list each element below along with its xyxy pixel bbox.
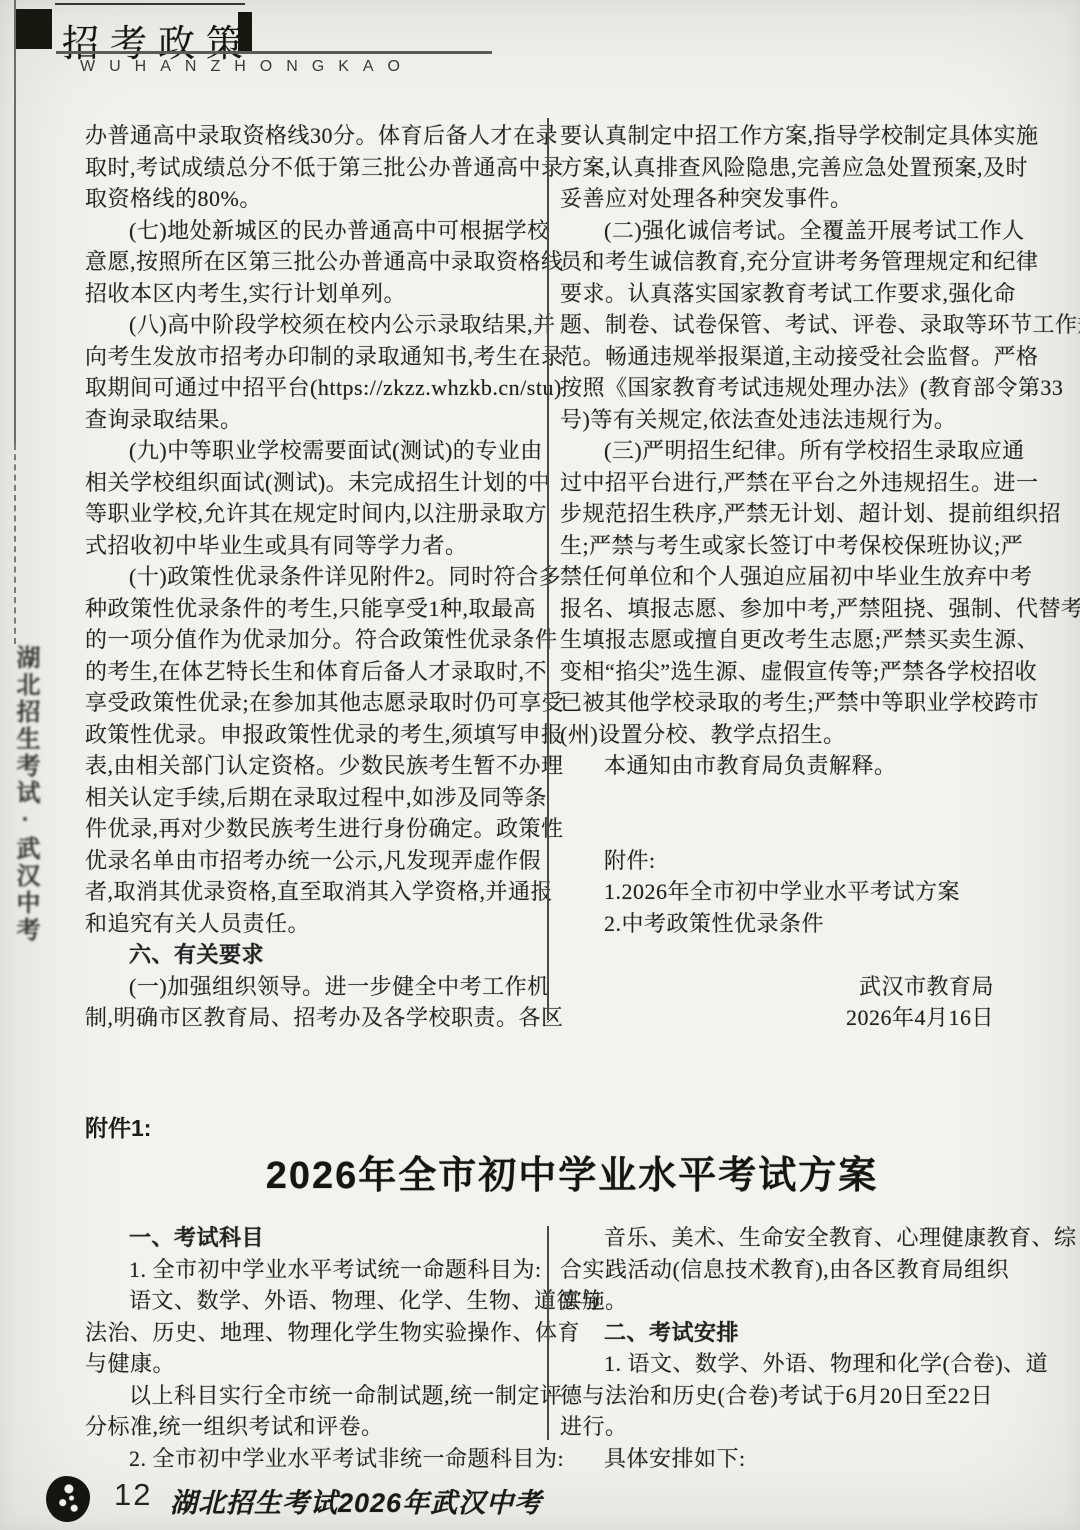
text-line: 妥善应对处理各种突发事件。 (560, 183, 1020, 215)
text-line: 合实践活动(信息技术教育),由各区教育局组织 (560, 1254, 1020, 1286)
text-line: 办普通高中录取资格线30分。体育后备人才在录 (85, 120, 545, 152)
text-line: 表,由相关部门认定资格。少数民族考生暂不办理 (85, 750, 545, 782)
journal-title: 湖北招生考试2026年武汉中考 (170, 1481, 542, 1520)
attachment-title: 2026年全市初中学业水平考试方案 (0, 1144, 1080, 1199)
text-line: 范。畅通违规举报渠道,主动接受社会监督。严格 (560, 341, 1020, 373)
scanned-document-page: 湖北招生考试·武汉中考 招考政策 WUHANZHONGKAO 办普通高中录取资格… (0, 0, 1080, 1530)
attachment-label: 附件1: (85, 1110, 151, 1143)
text-line: (十)政策性优录条件详见附件2。同时符合多 (85, 561, 545, 593)
text-line: 号)等有关规定,依法查处违法违规行为。 (560, 404, 1020, 436)
text-line: (三)严明招生纪律。所有学校招生录取应通 (560, 435, 1020, 467)
text-line: 与健康。 (85, 1348, 545, 1380)
text-line: 二、考试安排 (560, 1317, 1020, 1349)
text-line: 件优录,再对少数民族考生进行身份确定。政策性 (85, 813, 545, 845)
text-line: 变相“掐尖”选生源、虚假宣传等;严禁各学校招收 (560, 656, 1020, 688)
text-line: 查询录取结果。 (85, 404, 545, 436)
text-line: 享受政策性优录;在参加其他志愿录取时仍可享受 (85, 687, 545, 719)
text-line: 2026年4月16日 (560, 1002, 1020, 1034)
text-line (560, 782, 1020, 814)
text-line: 已被其他学校录取的考生;严禁中等职业学校跨市 (560, 687, 1020, 719)
text-line: 题、制卷、试卷保管、考试、评卷、录取等环节工作规 (560, 309, 1020, 341)
text-line: 员和考生诚信教育,充分宣讲考务管理规定和纪律 (560, 246, 1020, 278)
page-edge-dashed-line (14, 444, 16, 644)
text-line: 1.2026年全市初中学业水平考试方案 (560, 876, 1020, 908)
text-line: 具体安排如下: (560, 1443, 1020, 1475)
text-line: (九)中等职业学校需要面试(测试)的专业由 (85, 435, 545, 467)
text-line: (二)强化诚信考试。全覆盖开展考试工作人 (560, 215, 1020, 247)
text-line: 方案,认真排查风险隐患,完善应急处置预案,及时 (560, 152, 1020, 184)
text-line (560, 813, 1020, 845)
text-line: 附件: (560, 845, 1020, 877)
text-line: 过中招平台进行,严禁在平台之外违规招生。进一 (560, 467, 1020, 499)
text-line: 相关认定手续,后期在录取过程中,如涉及同等条 (85, 782, 545, 814)
header-accent-square (16, 9, 52, 49)
text-line: 意愿,按照所在区第三批公办普通高中录取资格线 (85, 246, 545, 278)
notice-left-column: 办普通高中录取资格线30分。体育后备人才在录取时,考试成绩总分不低于第三批公办普… (85, 120, 545, 1034)
sidebar-vertical-caption: 湖北招生考试·武汉中考 (3, 645, 43, 945)
text-line: 德与法治和历史(合卷)考试于6月20日至22日 (560, 1380, 1020, 1412)
notice-right-column: 要认真制定中招工作方案,指导学校制定具体实施方案,认真排查风险隐患,完善应急处置… (560, 120, 1020, 1034)
text-line: 一、考试科目 (85, 1222, 545, 1254)
text-line: 语文、数学、外语、物理、化学、生物、道德与 (85, 1285, 545, 1317)
header-underline-rule (56, 51, 492, 54)
text-line: (一)加强组织领导。进一步健全中考工作机 (85, 971, 545, 1003)
zodiac-seal-icon (46, 1476, 90, 1522)
text-line: 报名、填报志愿、参加中考,严禁阻挠、强制、代替考 (560, 593, 1020, 625)
text-line: 禁任何单位和个人强迫应届初中毕业生放弃中考 (560, 561, 1020, 593)
text-line: 取时,考试成绩总分不低于第三批公办普通高中录 (85, 152, 545, 184)
text-line: 音乐、美术、生命安全教育、心理健康教育、综 (560, 1222, 1020, 1254)
text-line: 要求。认真落实国家教育考试工作要求,强化命 (560, 278, 1020, 310)
text-line: 相关学校组织面试(测试)。未完成招生计划的中 (85, 467, 545, 499)
header-accent-bar (238, 12, 252, 54)
text-line: 法治、历史、地理、物理化学生物实验操作、体育 (85, 1317, 545, 1349)
text-line: 政策性优录。申报政策性优录的考生,须填写申报 (85, 719, 545, 751)
text-line: 要认真制定中招工作方案,指导学校制定具体实施 (560, 120, 1020, 152)
text-line: 式招收初中毕业生或具有同等学力者。 (85, 530, 545, 562)
text-line: 取期间可通过中招平台(https://zkzz.whzkb.cn/stu) (85, 372, 545, 404)
column-divider-lower (547, 1226, 549, 1440)
text-line: (七)地处新城区的民办普通高中可根据学校 (85, 215, 545, 247)
text-line: 步规范招生秩序,严禁无计划、超计划、提前组织招 (560, 498, 1020, 530)
column-divider-upper (547, 118, 549, 1020)
text-line: 的考生,在体艺特长生和体育后备人才录取时,不 (85, 656, 545, 688)
text-line: 按照《国家教育考试违规处理办法》(教育部令第33 (560, 372, 1020, 404)
text-line: 实施。 (560, 1285, 1020, 1317)
text-line: 1. 语文、数学、外语、物理和化学(合卷)、道 (560, 1348, 1020, 1380)
text-line: 取资格线的80%。 (85, 183, 545, 215)
text-line: 1. 全市初中学业水平考试统一命题科目为: (85, 1254, 545, 1286)
text-line: 种政策性优录条件的考生,只能享受1种,取最高 (85, 593, 545, 625)
page-number: 12 (114, 1477, 152, 1513)
text-line: 以上科目实行全市统一命制试题,统一制定评 (85, 1380, 545, 1412)
header-watermark-text: WUHANZHONGKAO (80, 58, 414, 76)
text-line: 者,取消其优录资格,直至取消其入学资格,并通报 (85, 876, 545, 908)
attachment-left-column: 一、考试科目1. 全市初中学业水平考试统一命题科目为:语文、数学、外语、物理、化… (85, 1222, 545, 1474)
text-line: 2.中考政策性优录条件 (560, 908, 1020, 940)
attachment-right-column: 音乐、美术、生命安全教育、心理健康教育、综合实践活动(信息技术教育),由各区教育… (560, 1222, 1020, 1474)
text-line: 的一项分值作为优录加分。符合政策性优录条件 (85, 624, 545, 656)
text-line: 六、有关要求 (85, 939, 545, 971)
text-line: 生;严禁与考生或家长签订中考保校保班协议;严 (560, 530, 1020, 562)
text-line: (八)高中阶段学校须在校内公示录取结果,并 (85, 309, 545, 341)
text-line: 进行。 (560, 1411, 1020, 1443)
text-line: 向考生发放市招考办印制的录取通知书,考生在录 (85, 341, 545, 373)
text-line: 武汉市教育局 (560, 971, 1020, 1003)
page-edge-line (14, 0, 16, 444)
text-line: 优录名单由市招考办统一公示,凡发现弄虚作假 (85, 845, 545, 877)
text-line: 本通知由市教育局负责解释。 (560, 750, 1020, 782)
text-line: (州)设置分校、教学点招生。 (560, 719, 1020, 751)
text-line: 生填报志愿或擅自更改考生志愿;严禁买卖生源、 (560, 624, 1020, 656)
text-line: 制,明确市区教育局、招考办及各学校职责。各区 (85, 1002, 545, 1034)
text-line: 2. 全市初中学业水平考试非统一命题科目为: (85, 1443, 545, 1475)
text-line: 分标准,统一组织考试和评卷。 (85, 1411, 545, 1443)
header-top-rule (55, 3, 245, 5)
text-line: 等职业学校,允许其在规定时间内,以注册录取方 (85, 498, 545, 530)
text-line: 和追究有关人员责任。 (85, 908, 545, 940)
text-line (560, 939, 1020, 971)
text-line: 招收本区内考生,实行计划单列。 (85, 278, 545, 310)
